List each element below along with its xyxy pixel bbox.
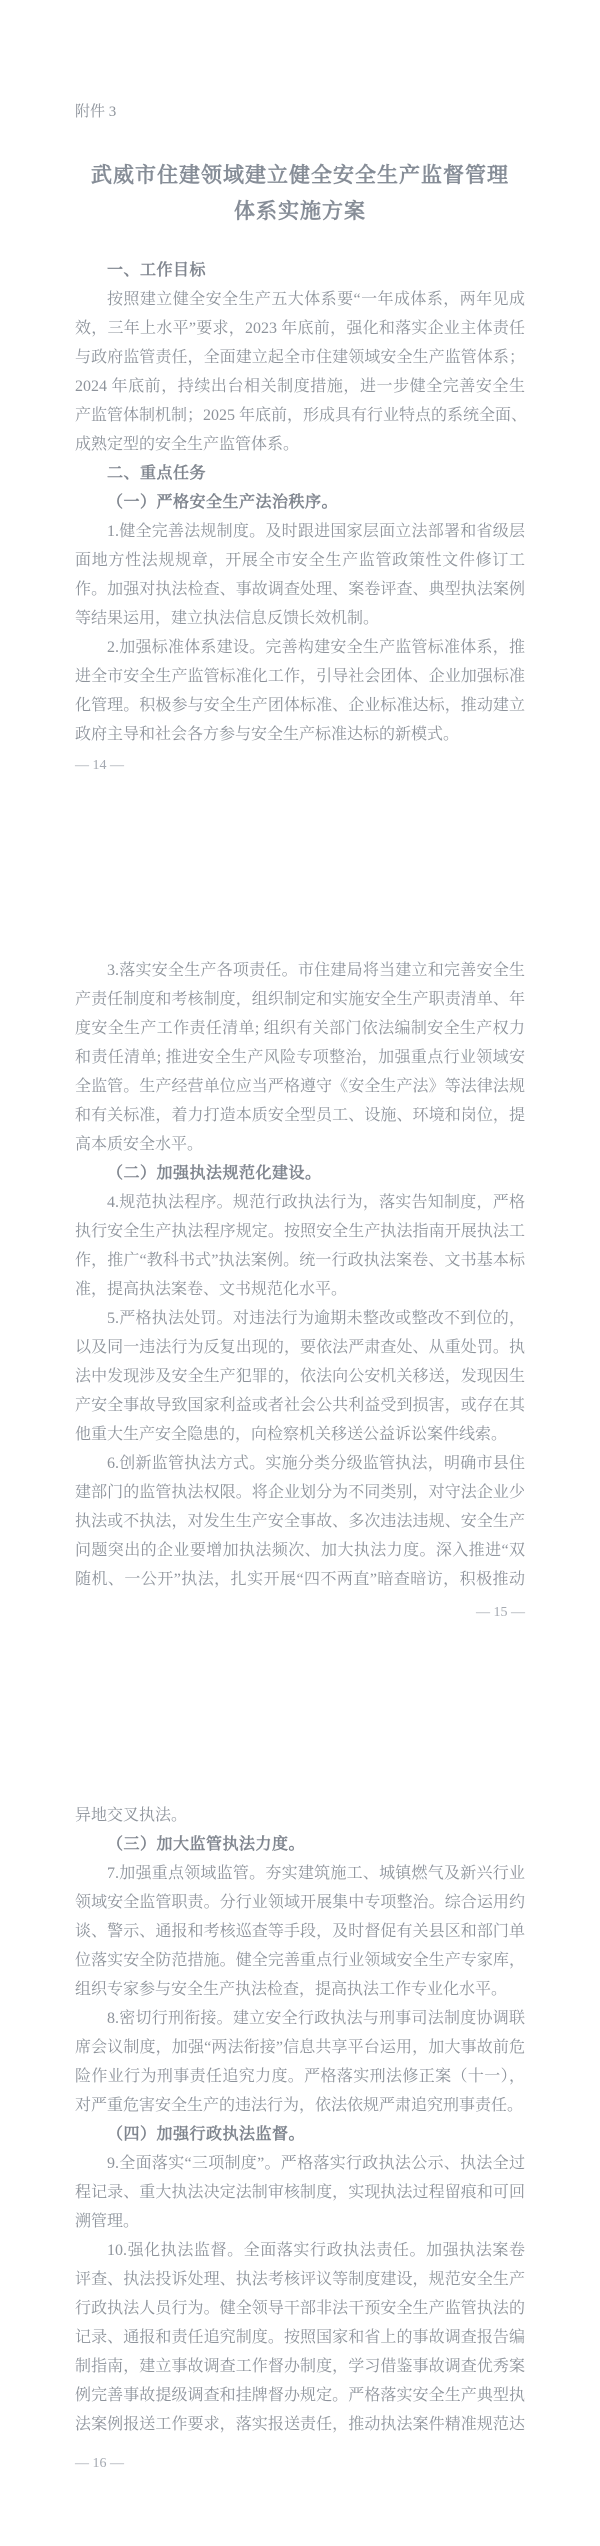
- page-16: 异地交叉执法。（三）加大监管执法力度。7.加强重点领域监管。夯实建筑施工、城镇燃…: [0, 1801, 600, 2478]
- text-line: 领域安全监管职责。分行业领域开展集中专项整治。综合运用约: [75, 1888, 525, 1917]
- text-line: 政府主导和社会各方参与安全生产标准达标的新模式。: [75, 720, 525, 749]
- text-line: 行政执法人员行为。健全领导干部非法干预安全生产监管执法的: [75, 2294, 525, 2323]
- text-line: 例完善事故提级调查和挂牌督办规定。严格落实安全生产典型执: [75, 2381, 525, 2410]
- page-lines: 3.落实安全生产各项责任。市住建局将当建立和完善安全生产责任制度和考核制度，组织…: [75, 956, 525, 1594]
- text-line: 执法或不执法，对发生生产安全事故、多次违法违规、安全生产: [75, 1507, 525, 1536]
- document: 附件 3 武威市住建领域建立健全安全生产监督管理 体系实施方案 一、工作目标按照…: [0, 0, 600, 2546]
- page-lines: 一、工作目标按照建立健全安全生产五大体系要“一年成体系，两年见成效，三年上水平”…: [75, 256, 525, 749]
- text-line: 8.密切行刑衔接。建立安全行政执法与刑事司法制度协调联: [75, 2004, 525, 2033]
- text-line: 法中发现涉及安全生产犯罪的，依法向公安机关移送，发现因生: [75, 1362, 525, 1391]
- text-line: 产责任制度和考核制度，组织制定和实施安全生产职责清单、年: [75, 985, 525, 1014]
- text-line: 异地交叉执法。: [75, 1801, 525, 1830]
- text-line: 效，三年上水平”要求，2023 年底前，强化和落实企业主体责任: [75, 314, 525, 343]
- text-line: 高本质安全水平。: [75, 1130, 525, 1159]
- text-line: 5.严格执法处罚。对违法行为逾期未整改或整改不到位的，: [75, 1304, 525, 1333]
- text-line: 组织专家参与安全生产执法检查，提高执法工作专业化水平。: [75, 1975, 525, 2004]
- text-line: 和责任清单; 推进安全生产风险专项整治，加强重点行业领域安: [75, 1043, 525, 1072]
- text-line: 记录、通报和责任追究制度。按照国家和省上的事故调查报告编: [75, 2323, 525, 2352]
- heading-line: （四）加强行政执法监督。: [75, 2120, 525, 2149]
- text-line: 以及同一违法行为反复出现的，要依法严肃查处、从重处罚。执: [75, 1333, 525, 1362]
- text-line: 度安全生产工作责任清单; 组织有关部门依法编制安全生产权力: [75, 1014, 525, 1043]
- text-line: 作。加强对执法检查、事故调查处理、案卷评查、典型执法案例: [75, 575, 525, 604]
- page-number: — 16 —: [75, 2449, 525, 2478]
- text-line: 1.健全完善法规制度。及时跟进国家层面立法部署和省级层: [75, 517, 525, 546]
- text-line: 7.加强重点领域监管。夯实建筑施工、城镇燃气及新兴行业: [75, 1859, 525, 1888]
- text-line: 按照建立健全安全生产五大体系要“一年成体系，两年见成: [75, 285, 525, 314]
- text-line: 产安全事故导致国家利益或者社会公共利益受到损害，或存在其: [75, 1391, 525, 1420]
- text-line: 全监管。生产经营单位应当严格遵守《安全生产法》等法律法规: [75, 1072, 525, 1101]
- title-line: 武威市住建领域建立健全安全生产监督管理: [75, 157, 525, 193]
- text-line: 3.落实安全生产各项责任。市住建局将当建立和完善安全生: [75, 956, 525, 985]
- text-line: 制指南，建立事故调查工作督办制度，学习借鉴事故调查优秀案: [75, 2352, 525, 2381]
- text-line: 成熟定型的安全生产监管体系。: [75, 430, 525, 459]
- heading-line: 一、工作目标: [75, 256, 525, 285]
- text-line: 准，提高执法案卷、文书规范化水平。: [75, 1275, 525, 1304]
- text-line: 执行安全生产执法程序规定。按照安全生产执法指南开展执法工: [75, 1217, 525, 1246]
- page-15: 3.落实安全生产各项责任。市住建局将当建立和完善安全生产责任制度和考核制度，组织…: [0, 956, 600, 1627]
- heading-line: （一）严格安全生产法治秩序。: [75, 488, 525, 517]
- text-line: 2024 年底前，持续出台相关制度措施，进一步健全完善安全生: [75, 372, 525, 401]
- text-line: 随机、一公开”执法，扎实开展“四不两直”暗查暗访，积极推动: [75, 1565, 525, 1594]
- text-line: 席会议制度，加强“两法衔接”信息共享平台运用，加大事故前危: [75, 2033, 525, 2062]
- page-lines: 异地交叉执法。（三）加大监管执法力度。7.加强重点领域监管。夯实建筑施工、城镇燃…: [75, 1801, 525, 2439]
- text-line: 位落实安全防范措施。健全完善重点行业领域安全生产专家库，: [75, 1946, 525, 1975]
- text-line: 10.强化执法监督。全面落实行政执法责任。加强执法案卷: [75, 2236, 525, 2265]
- page-number: — 15 —: [75, 1598, 525, 1627]
- text-line: 评查、执法投诉处理、执法考核评议等制度建设，规范安全生产: [75, 2265, 525, 2294]
- text-line: 面地方性法规规章，开展全市安全生产监管政策性文件修订工: [75, 546, 525, 575]
- text-line: 他重大生产安全隐患的，向检察机关移送公益诉讼案件线索。: [75, 1420, 525, 1449]
- heading-line: （二）加强执法规范化建设。: [75, 1159, 525, 1188]
- page-14: 附件 3 武威市住建领域建立健全安全生产监督管理 体系实施方案 一、工作目标按照…: [0, 0, 600, 780]
- text-line: 9.全面落实“三项制度”。严格落实行政执法公示、执法全过: [75, 2149, 525, 2178]
- text-line: 6.创新监管执法方式。实施分类分级监管执法，明确市县住: [75, 1449, 525, 1478]
- heading-line: （三）加大监管执法力度。: [75, 1830, 525, 1859]
- title-line: 体系实施方案: [75, 193, 525, 229]
- heading-line: 二、重点任务: [75, 459, 525, 488]
- page-number: — 14 —: [75, 751, 525, 780]
- text-line: 险作业行为刑事责任追究力度。严格落实刑法修正案（十一），: [75, 2062, 525, 2091]
- text-line: 进全市安全生产监管标准化工作，引导社会团体、企业加强标准: [75, 662, 525, 691]
- text-line: 程记录、重大执法决定法制审核制度，实现执法过程留痕和可回: [75, 2178, 525, 2207]
- text-line: 问题突出的企业要增加执法频次、加大执法力度。深入推进“双: [75, 1536, 525, 1565]
- text-line: 和有关标准，着力打造本质安全型员工、设施、环境和岗位，提: [75, 1101, 525, 1130]
- document-title: 武威市住建领域建立健全安全生产监督管理 体系实施方案: [75, 157, 525, 229]
- text-line: 对严重危害安全生产的违法行为，依法依规严肃追究刑事责任。: [75, 2091, 525, 2120]
- text-line: 法案例报送工作要求，落实报送责任，推动执法案件精准规范达: [75, 2410, 525, 2439]
- text-line: 谈、警示、通报和考核巡查等手段，及时督促有关县区和部门单: [75, 1917, 525, 1946]
- text-line: 化管理。积极参与安全生产团体标准、企业标准达标，推动建立: [75, 691, 525, 720]
- text-line: 建部门的监管执法权限。将企业划分为不同类别，对守法企业少: [75, 1478, 525, 1507]
- attachment-label: 附件 3: [75, 98, 525, 127]
- text-line: 与政府监管责任，全面建立起全市住建领域安全生产监管体系；: [75, 343, 525, 372]
- text-line: 2.加强标准体系建设。完善构建安全生产监管标准体系，推: [75, 633, 525, 662]
- text-line: 等结果运用，建立执法信息反馈长效机制。: [75, 604, 525, 633]
- text-line: 作，推广“教科书式”执法案例。统一行政执法案卷、文书基本标: [75, 1246, 525, 1275]
- text-line: 4.规范执法程序。规范行政执法行为，落实告知制度，严格: [75, 1188, 525, 1217]
- text-line: 产监管体制机制；2025 年底前，形成具有行业特点的系统全面、: [75, 401, 525, 430]
- text-line: 溯管理。: [75, 2207, 525, 2236]
